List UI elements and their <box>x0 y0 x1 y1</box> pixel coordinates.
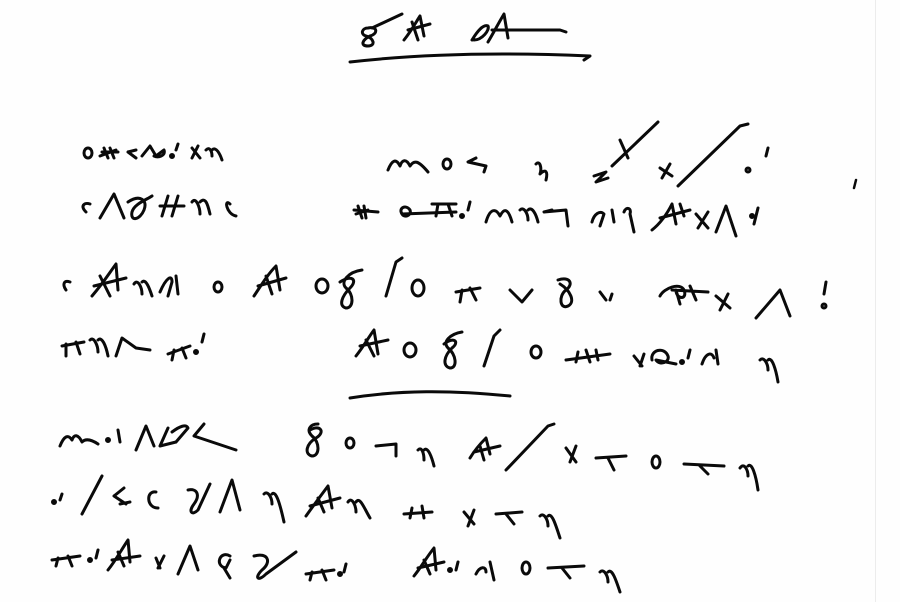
handwriting-ink <box>0 0 900 602</box>
manuscript-page: heading of four glyphs, underlined undec… <box>0 0 900 602</box>
line-7 <box>52 540 620 592</box>
margin-marks <box>854 180 856 188</box>
line-5 <box>60 424 758 490</box>
line-4 <box>62 330 778 382</box>
title-underline <box>350 54 590 62</box>
title-glyphs <box>362 14 566 46</box>
line-2 <box>83 194 758 236</box>
line-6 <box>53 476 561 538</box>
line-1 <box>84 122 768 186</box>
line-3 <box>64 258 826 318</box>
word-underline <box>350 392 510 398</box>
